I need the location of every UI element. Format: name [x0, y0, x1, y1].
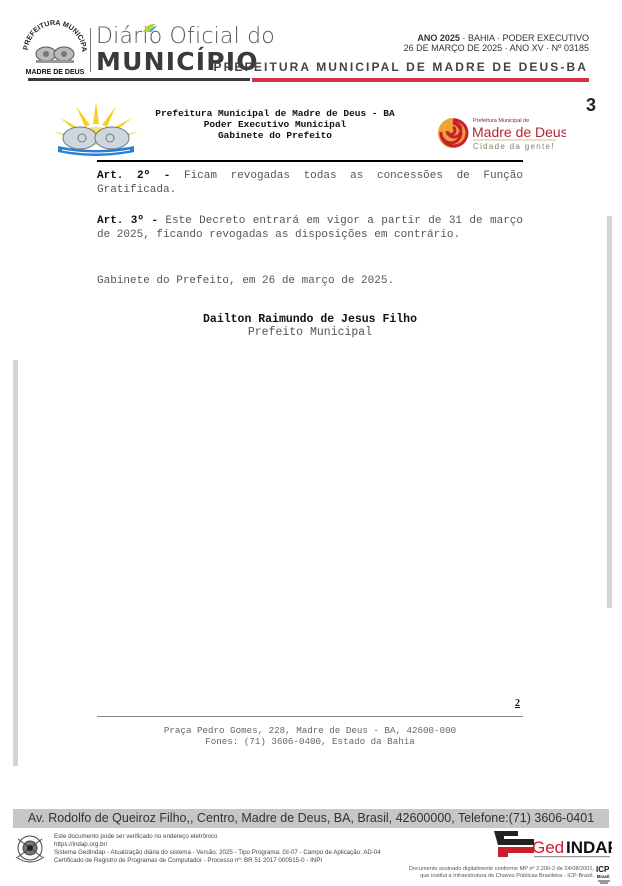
- inner-footer-address: Praça Pedro Gomes, 228, Madre de Deus - …: [97, 725, 523, 747]
- icp-label: ICP: [596, 865, 610, 874]
- city-sun-shell-emblem: [52, 100, 140, 158]
- closing-line: Gabinete do Prefeito, em 26 de março de …: [97, 275, 523, 289]
- signer-name: Dailton Raimundo de Jesus Filho: [97, 313, 523, 326]
- footer-line: Sistema GedIndap - Atualização diária do…: [54, 849, 381, 857]
- document-header-line: Gabinete do Prefeito: [140, 130, 410, 141]
- edition-info-line1: ANO 2025 · BAHIA · PODER EXECUTIVO: [417, 33, 589, 43]
- seal-bottom-text: MADRE DE DEUS: [26, 69, 85, 76]
- document-header-line: Prefeitura Municipal de Madre de Deus - …: [140, 108, 410, 119]
- footer-line: Certificado de Registro de Programas de …: [54, 857, 381, 865]
- signer-role: Prefeito Municipal: [97, 326, 523, 339]
- edition-branch: PODER EXECUTIVO: [502, 33, 589, 43]
- edition-state: BAHIA: [468, 33, 495, 43]
- edition-date: 26 DE MARÇO DE 2025: [404, 43, 503, 53]
- signature-line: que institui a Infraestrutura de Chaves …: [409, 873, 594, 880]
- svg-text:PREFEITURA MUNICIPAL: PREFEITURA MUNICIPAL: [20, 18, 89, 52]
- article-label: Art. 3º -: [97, 215, 158, 227]
- verification-link[interactable]: https://indap.org.br/: [54, 841, 381, 849]
- left-margin-bar: [13, 360, 18, 766]
- footer-verification-text: Este documento pode ser verificado no en…: [54, 833, 381, 865]
- madre-de-deus-logo: Prefeitura Municipal de Madre de Deus Ci…: [436, 112, 566, 154]
- article-2: Art. 2º - Ficam revogadas todas as conce…: [97, 170, 523, 197]
- icp-brasil-logo: ICP Brasil: [596, 864, 614, 886]
- leaf-accent-icon: [143, 20, 157, 30]
- icp-sub: Brasil: [597, 874, 610, 879]
- logo-name: Madre de Deus: [472, 124, 566, 140]
- masthead-title-line1: Diário Oficial do: [96, 24, 275, 49]
- inner-page-number: 2: [515, 698, 520, 709]
- page-number: 3: [586, 95, 596, 116]
- footer-line: Este documento pode ser verificado no en…: [54, 833, 381, 841]
- edition-info-line2: 26 DE MARÇO DE 2025 · ANO XV · Nº 03185: [404, 43, 589, 53]
- masthead-divider: [90, 28, 91, 72]
- article-label: Art. 2º -: [97, 170, 170, 182]
- inner-footer-rule: [97, 716, 523, 717]
- inner-address-line: Fones: (71) 3606-0400, Estado da Bahia: [97, 736, 523, 747]
- brand-ged: Ged: [532, 838, 564, 857]
- digital-signature-note: Documento assinado digitalmente conforme…: [409, 866, 594, 880]
- brazil-coat-of-arms-icon: [12, 831, 48, 869]
- right-margin-bar: [607, 216, 612, 608]
- gedindap-logo: Ged INDAP: [494, 829, 612, 861]
- header-rule: [97, 160, 523, 162]
- edition-year: ANO 2025: [417, 33, 460, 43]
- signature-line: Documento assinado digitalmente conforme…: [409, 866, 594, 873]
- municipal-seal-logo: PREFEITURA MUNICIPAL MADRE DE DEUS: [20, 18, 90, 76]
- document-header: Prefeitura Municipal de Madre de Deus - …: [140, 108, 410, 141]
- masthead-rule-red: [252, 78, 589, 82]
- edition-number: Nº 03185: [552, 43, 589, 53]
- article-text: Este Decreto entrará em vigor a partir d…: [97, 215, 523, 241]
- seal-top-text: PREFEITURA MUNICIPAL: [20, 18, 89, 52]
- masthead-rule-dark: [28, 78, 250, 81]
- edition-year-roman: ANO XV: [510, 43, 544, 53]
- document-header-line: Poder Executivo Municipal: [140, 119, 410, 130]
- logo-slogan: Cidade da gente!: [473, 142, 555, 151]
- inner-address-line: Praça Pedro Gomes, 228, Madre de Deus - …: [97, 725, 523, 736]
- footer-address: Av. Rodolfo de Queiroz Filho,, Centro, M…: [13, 809, 609, 828]
- article-3: Art. 3º - Este Decreto entrará em vigor …: [97, 215, 523, 242]
- brand-indap: INDAP: [566, 838, 612, 857]
- masthead-prefeitura: PREFEITURA MUNICIPAL DE MADRE DE DEUS-BA: [214, 60, 588, 74]
